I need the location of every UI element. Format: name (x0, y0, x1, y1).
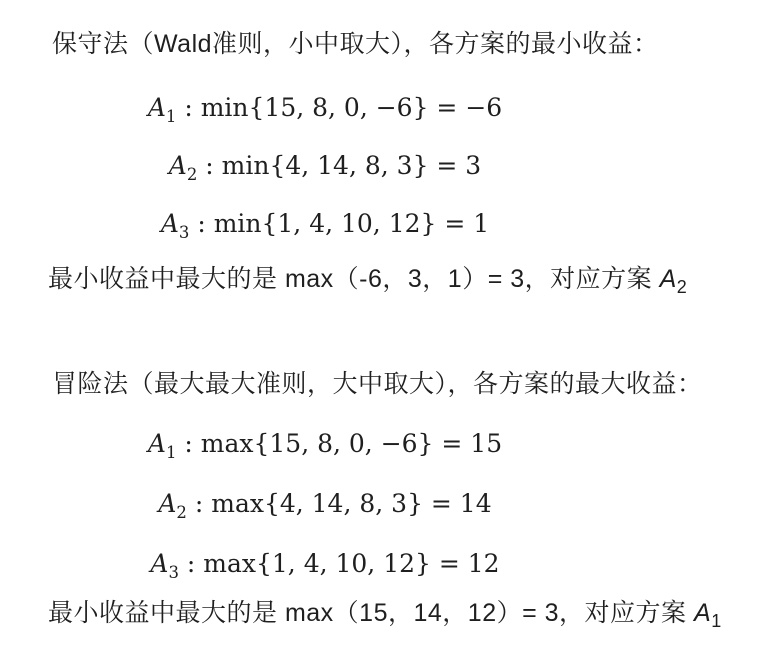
variable: A (148, 429, 166, 458)
formula-list: A1 : min{15, 8, 0, −6} = −6 A2 : min{4, … (0, 94, 650, 237)
variable: A (169, 151, 187, 180)
formula-body: : min{15, 8, 0, −6} = −6 (176, 93, 502, 122)
section-risk-method: 冒险法（最大最大准则，大中取大），各方案的最大收益： A1 : max{15, … (0, 370, 772, 628)
formula-list: A1 : max{15, 8, 0, −6} = 15 A2 : max{4, … (0, 430, 650, 577)
formula-max-a2: A2 : max{4, 14, 8, 3} = 14 (0, 490, 650, 517)
formula-body: : min{4, 14, 8, 3} = 3 (197, 151, 481, 180)
variable: A (158, 489, 176, 518)
variable-subscript: 1 (711, 611, 722, 631)
variable: A (694, 599, 711, 627)
formula-max-a1: A1 : max{15, 8, 0, −6} = 15 (0, 430, 650, 457)
formula-body: : min{1, 4, 10, 12} = 1 (189, 209, 489, 238)
formula-body: : max{1, 4, 10, 12} = 12 (179, 549, 500, 578)
section-title: 冒险法（最大最大准则，大中取大），各方案的最大收益： (52, 370, 772, 398)
section-conservative-method: 保守法（Wald准则，小中取大），各方案的最小收益： A1 : min{15, … (0, 30, 772, 294)
variable-subscript: 2 (176, 503, 187, 522)
formula-min-a1: A1 : min{15, 8, 0, −6} = −6 (0, 94, 650, 121)
formula-min-a3: A3 : min{1, 4, 10, 12} = 1 (0, 210, 650, 237)
formula-max-a3: A3 : max{1, 4, 10, 12} = 12 (0, 550, 650, 577)
conclusion-line: 最小收益中最大的是 max（-6，3，1）= 3，对应方案 A2 (48, 264, 772, 294)
variable: A (660, 265, 677, 293)
formula-body: : max{15, 8, 0, −6} = 15 (176, 429, 502, 458)
variable-subscript: 1 (166, 443, 177, 462)
conclusion-text: 最小收益中最大的是 max（15，14，12）= 3，对应方案 (48, 599, 694, 627)
variable-subscript: 2 (187, 165, 198, 184)
formula-min-a2: A2 : min{4, 14, 8, 3} = 3 (0, 152, 650, 179)
document-page: 保守法（Wald准则，小中取大），各方案的最小收益： A1 : min{15, … (0, 0, 772, 650)
variable-subscript: 3 (179, 223, 190, 242)
variable-subscript: 3 (168, 563, 179, 582)
variable-subscript: 2 (677, 277, 688, 297)
formula-body: : max{4, 14, 8, 3} = 14 (187, 489, 492, 518)
section-title: 保守法（Wald准则，小中取大），各方案的最小收益： (52, 30, 772, 58)
variable: A (148, 93, 166, 122)
conclusion-line: 最小收益中最大的是 max（15，14，12）= 3，对应方案 A1 (48, 598, 772, 628)
variable-subscript: 1 (166, 107, 177, 126)
conclusion-text: 最小收益中最大的是 max（-6，3，1）= 3，对应方案 (48, 265, 660, 293)
variable: A (161, 209, 179, 238)
variable: A (150, 549, 168, 578)
